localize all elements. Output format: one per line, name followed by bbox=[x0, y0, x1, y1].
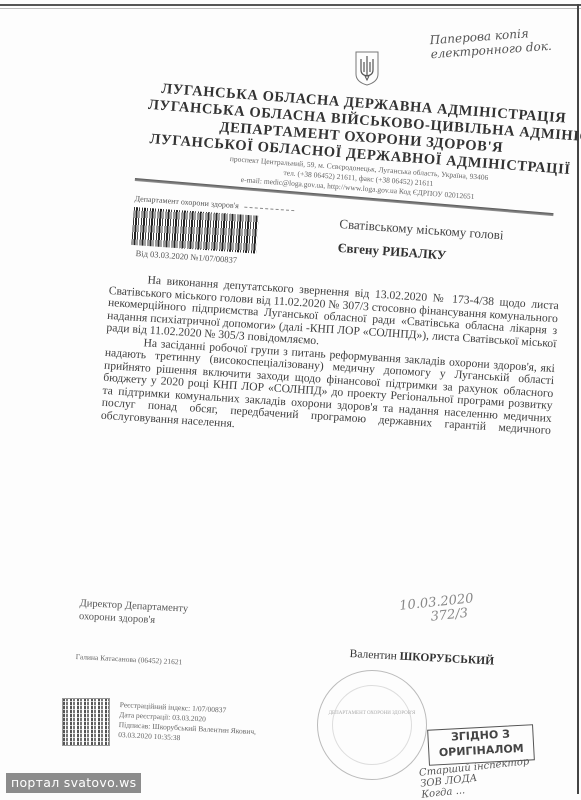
barcode bbox=[131, 207, 258, 254]
handwritten-note: Паперова копія електронного doк. bbox=[429, 23, 581, 61]
addressee-title: Сватівському міському голові bbox=[339, 216, 504, 243]
addressee: Сватівському міському голові Євгену РИБА… bbox=[337, 216, 504, 267]
seal-text: ДЕПАРТАМЕНТ ОХОРОНИ ЗДОРОВ'Я bbox=[318, 711, 426, 716]
signatory-name: Валентин ШКОРУБСЬКИЙ bbox=[349, 648, 494, 668]
official-seal: ДЕПАРТАМЕНТ ОХОРОНИ ЗДОРОВ'Я bbox=[317, 670, 427, 780]
scanned-letter-page: Паперова копія електронного doк. ЛУГАНСЬ… bbox=[0, 0, 581, 800]
addressee-name: Євгену РИБАЛКУ bbox=[337, 240, 502, 267]
signatory-position: Директор Департаменту охорони здоров'я bbox=[79, 597, 189, 629]
portal-watermark: портал svatovo.ws bbox=[6, 773, 141, 793]
scan-edge-top-inner bbox=[0, 8, 581, 9]
letterhead: ЛУГАНСЬКА ОБЛАСНА ДЕРЖАВНА АДМІНІСТРАЦІЯ… bbox=[143, 80, 579, 209]
executor-contact: Галина Катасанова (06452) 21621 bbox=[76, 652, 183, 667]
signatory-first-name: Валентин bbox=[349, 648, 397, 662]
qr-code bbox=[62, 698, 110, 746]
divider bbox=[245, 206, 295, 210]
trident-coat-of-arms-icon bbox=[354, 50, 380, 86]
letter-body: На виконання депутатського звернення від… bbox=[101, 272, 560, 450]
signatory-last-name: ШКОРУБСЬКИЙ bbox=[399, 651, 494, 668]
e-signature-info: Реєстраційний індекс: 1/07/00837 Дата ре… bbox=[118, 700, 257, 747]
handwritten-incoming-mark: 10.03.2020 372/3 bbox=[399, 592, 476, 628]
scan-edge-top bbox=[0, 4, 581, 6]
seal-inner-ring bbox=[332, 685, 412, 765]
